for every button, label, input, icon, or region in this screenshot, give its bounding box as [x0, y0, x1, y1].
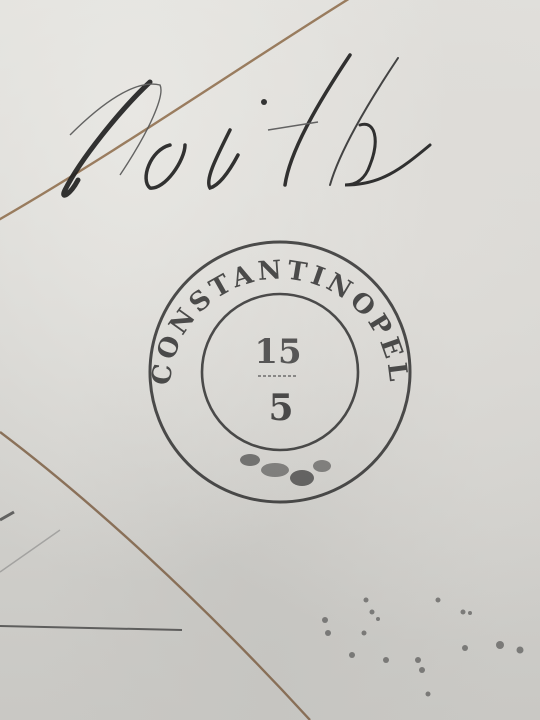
- ink-mark-left: [0, 512, 14, 520]
- pencil-line-left: [0, 530, 60, 572]
- handwritten-name: [64, 55, 430, 195]
- postmark-day: 15: [254, 332, 301, 372]
- underline-stroke: [0, 626, 182, 630]
- postmark-bottom-smudge: [240, 454, 331, 486]
- handwritten-name-text: Voith: [60, 188, 63, 191]
- brown-pen-stroke-top: [0, 0, 355, 222]
- postmark-month: 5: [268, 387, 293, 429]
- postmark-stamp: CONSTANTINOPEL 15 5: [147, 242, 414, 502]
- document-artwork: Voith CONSTANTINOPEL 15 5: [0, 0, 540, 720]
- brown-pen-stroke-bottom: [0, 432, 310, 720]
- faint-partial-stamp: [322, 598, 524, 697]
